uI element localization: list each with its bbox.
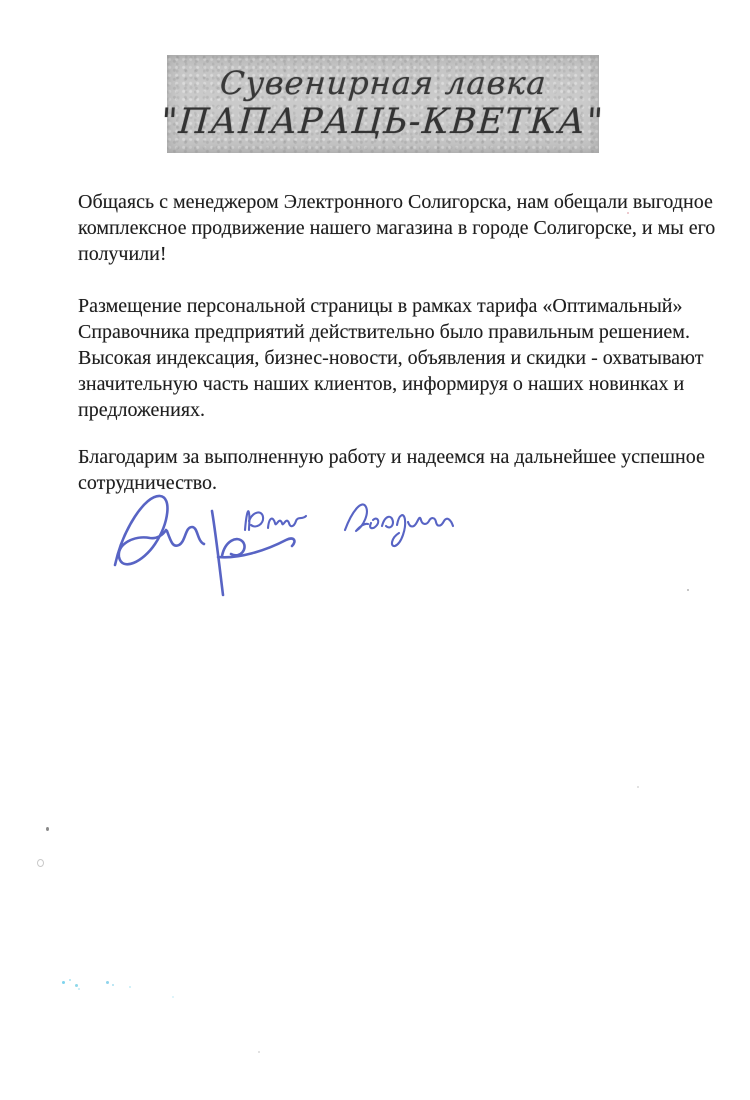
scan-speck <box>258 1051 260 1053</box>
scan-speck <box>62 981 65 984</box>
scan-speck <box>106 981 109 984</box>
shop-logo-name: "ПАПАРАЦЬ-КВЕТКА" <box>160 102 606 142</box>
shop-logo: Сувенирная лавка "ПАПАРАЦЬ-КВЕТКА" <box>167 55 599 153</box>
scan-speck <box>46 827 49 831</box>
scan-speck <box>69 979 71 981</box>
scan-speck <box>637 786 639 788</box>
signature-flourish <box>115 496 294 595</box>
text-line: Справочника предприятий действительно бы… <box>78 319 703 345</box>
text-line: получили! <box>78 241 715 267</box>
shop-logo-type: Сувенирная лавка <box>219 66 548 100</box>
scan-speck <box>687 589 689 591</box>
paragraph-intro: Общаясь с менеджером Электронного Солиго… <box>78 189 715 267</box>
text-line: Высокая индексация, бизнес-новости, объя… <box>78 345 703 371</box>
text-line: предложениях. <box>78 397 703 423</box>
scan-speck <box>75 984 78 987</box>
scan-speck <box>172 996 174 998</box>
scan-speck <box>78 988 80 990</box>
scan-speck <box>37 859 44 867</box>
signature-word-1 <box>245 511 306 530</box>
scan-speck <box>112 984 114 986</box>
signature-ink <box>105 483 475 603</box>
scanned-letter-page: Сувенирная лавка "ПАПАРАЦЬ-КВЕТКА" Общая… <box>0 0 750 1100</box>
text-line: Размещение персональной страницы в рамка… <box>78 293 703 319</box>
text-line: Благодарим за выполненную работу и надее… <box>78 444 705 470</box>
scan-speck <box>129 986 131 988</box>
text-line: Общаясь с менеджером Электронного Солиго… <box>78 189 715 215</box>
paragraph-details: Размещение персональной страницы в рамка… <box>78 293 703 423</box>
scan-speck <box>627 212 629 214</box>
text-line: значительную часть наших клиентов, инфор… <box>78 371 703 397</box>
text-line: комплексное продвижение нашего магазина … <box>78 215 715 241</box>
signature-word-2 <box>345 504 453 546</box>
